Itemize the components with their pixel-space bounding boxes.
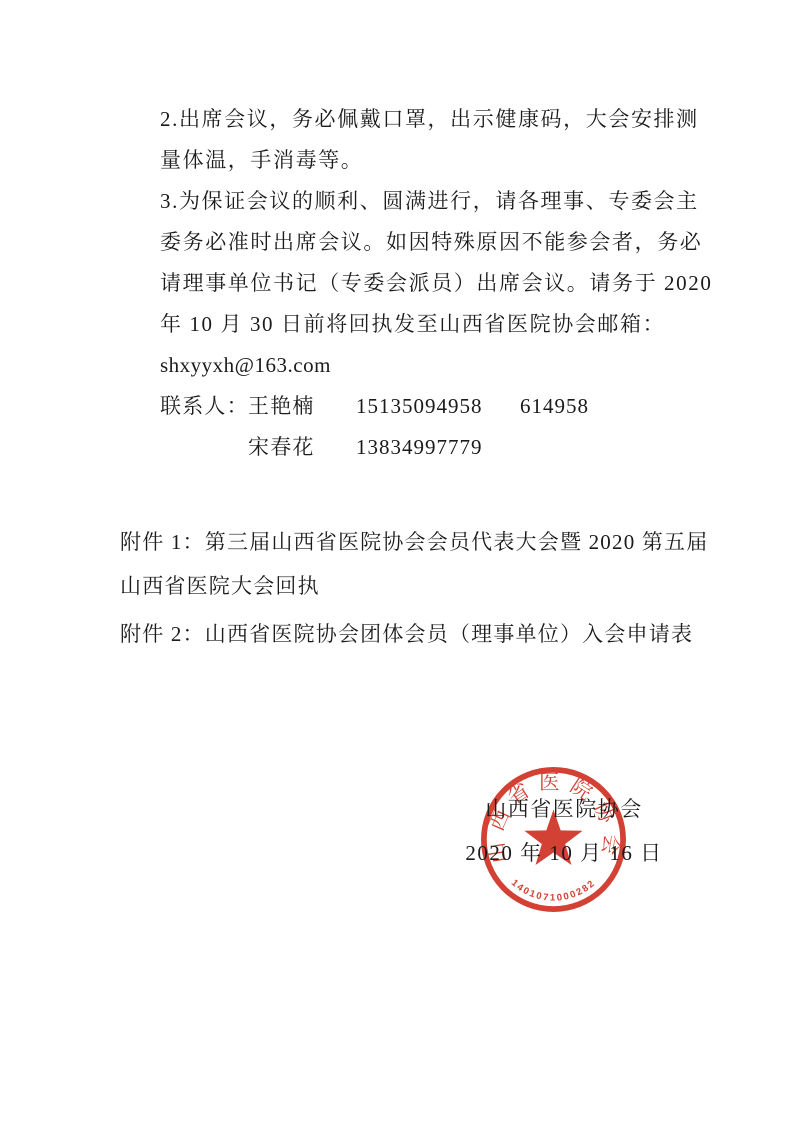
body-line: 年 10 月 30 日前将回执发至山西省医院协会邮箱： xyxy=(160,304,680,345)
attachment-2: 附件 2：山西省医院协会团体会员（理事单位）入会申请表 xyxy=(120,612,700,656)
contact-label: 联系人： xyxy=(160,386,248,427)
document-page: 2.出席会议，务必佩戴口罩，出示健康码，大会安排测 量体温，手消毒等。 3.为保… xyxy=(0,0,794,1123)
attachments-list: 附件 1：第三届山西省医院协会会员代表大会暨 2020 第五届 山西省医院大会回… xyxy=(120,520,700,656)
contact-phone: 15135094958 xyxy=(356,386,520,427)
body-line: 量体温，手消毒等。 xyxy=(160,140,680,181)
signing-organization: 山西省医院协会 xyxy=(428,787,700,831)
body-line: 请理事单位书记（专委会派员）出席会议。请务于 2020 xyxy=(160,263,680,304)
attachment-1-line-1: 附件 1：第三届山西省医院协会会员代表大会暨 2020 第五届 xyxy=(120,520,700,564)
contact-phone: 13834997779 xyxy=(356,427,520,468)
contact-extra-number: 614958 xyxy=(520,386,589,427)
signing-date: 2020 年 10 月 16 日 xyxy=(428,831,700,875)
body-line: 3.为保证会议的顺利、圆满进行，请各理事、专委会主 xyxy=(160,181,680,222)
contact-label-spacer xyxy=(160,427,248,468)
contact-row: 联系人： 王艳楠 15135094958 614958 xyxy=(160,386,680,427)
body-text: 2.出席会议，务必佩戴口罩，出示健康码，大会安排测 量体温，手消毒等。 3.为保… xyxy=(160,99,680,468)
body-line: 2.出席会议，务必佩戴口罩，出示健康码，大会安排测 xyxy=(160,99,680,140)
email-address: shxyyxh@163.com xyxy=(160,345,680,386)
contact-name: 王艳楠 xyxy=(248,386,356,427)
signature-block: 山西省医院协会 2020 年 10 月 16 日 xyxy=(428,787,700,875)
contact-row: 宋春花 13834997779 xyxy=(160,427,680,468)
attachment-1-line-2: 山西省医院大会回执 xyxy=(120,564,700,608)
body-line: 委务必准时出席会议。如因特殊原因不能参会者，务必 xyxy=(160,222,680,263)
contact-name: 宋春花 xyxy=(248,427,356,468)
